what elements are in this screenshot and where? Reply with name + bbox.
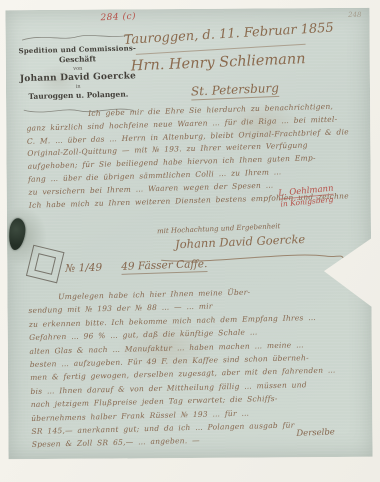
section-heading: № 1/49 49 Fässer Caffe. [65,252,208,276]
recipient-city: St. Petersburg [191,81,280,101]
secondary-signature: Derselbe [296,427,335,439]
letterhead-line-2: Geschäft [13,53,141,65]
section-heading-title: 49 Fässer Caffe. [121,258,208,275]
letterhead-cities: Tauroggen u. Polangen. [14,89,142,101]
corner-page-number-pencil: 248 [348,11,361,19]
recipient-name: Hrn. Henry Schliemann [131,51,306,74]
letter-paper: 284 (c) 248 Spedition und Commissions- G… [5,8,372,460]
section-heading-number: № 1/49 [65,262,102,275]
letterhead-flourish-top [17,31,137,42]
pencil-merchant-mark [26,245,65,284]
red-ink-note: L. Oehlmann in Königsberg [278,184,335,209]
archive-number-red: 284 (c) [100,12,136,23]
letter-body-second-section: Umgelegen habe ich hier Ihnen meine Über… [28,283,358,452]
signature: Johann David Goercke [175,232,306,251]
